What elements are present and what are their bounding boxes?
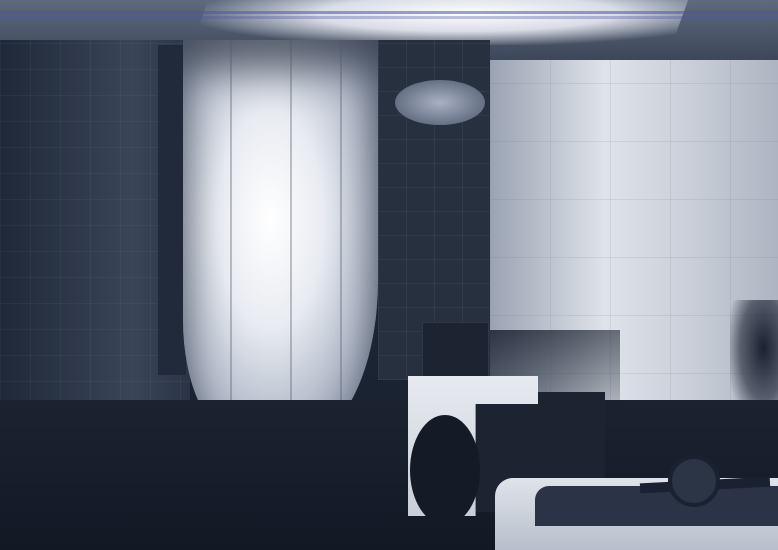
scooter-wheel — [668, 455, 720, 507]
mirror — [395, 80, 485, 125]
curtain-fold — [230, 40, 232, 420]
washer-door — [410, 415, 480, 525]
ceiling-light — [192, 0, 688, 45]
scanline-artifact — [0, 11, 778, 14]
wall-cabinet — [422, 322, 489, 382]
curtain-fold — [290, 40, 292, 420]
door-frame — [158, 45, 186, 375]
window-curtain — [183, 40, 378, 440]
photo-scene: Dim, blue-tinted bathroom interior photo… — [0, 0, 778, 550]
scanline-artifact — [0, 16, 778, 19]
curtain-fold — [340, 40, 342, 420]
